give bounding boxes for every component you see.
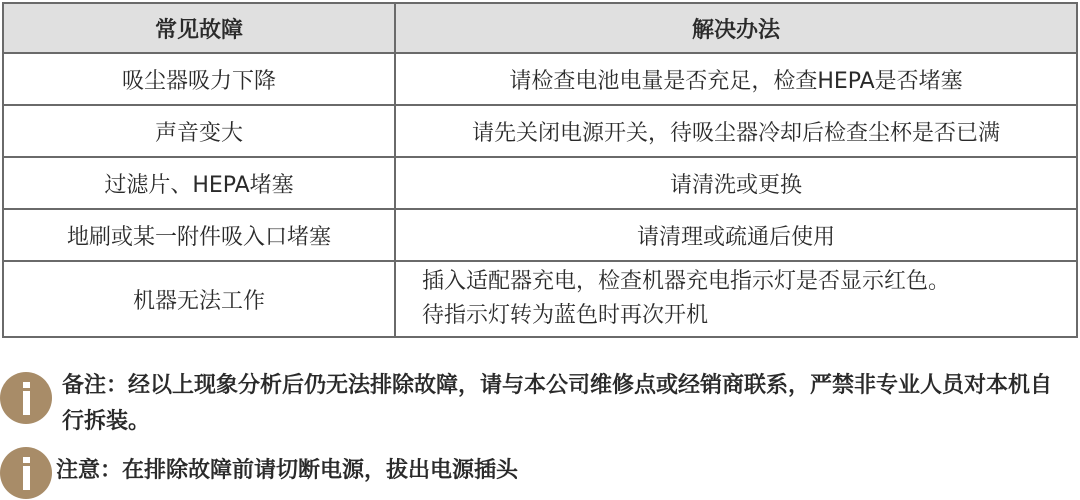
table-row: 过滤片、HEPA堵塞 请清洗或更换 [3, 157, 1077, 209]
table-row: 机器无法工作 插入适配器充电，检查机器充电指示灯是否显示红色。 待指示灯转为蓝色… [3, 261, 1077, 337]
solution-cell: 请清理或疏通后使用 [395, 209, 1077, 261]
solution-cell: 请先关闭电源开关，待吸尘器冷却后检查尘杯是否已满 [395, 105, 1077, 157]
remark-note: 备注：经以上现象分析后仍无法排除故障，请与本公司维修点或经销商联系，严禁非专业人… [0, 372, 1072, 440]
info-icon [0, 447, 52, 499]
caution-note: 注意：在排除故障前请切断电源，拔出电源插头 [0, 447, 1066, 499]
fault-cell: 地刷或某一附件吸入口堵塞 [3, 209, 395, 261]
header-fault: 常见故障 [3, 3, 395, 53]
fault-cell: 声音变大 [3, 105, 395, 157]
solution-line: 待指示灯转为蓝色时再次开机 [422, 299, 1076, 333]
solution-line: 插入适配器充电，检查机器充电指示灯是否显示红色。 [422, 265, 1076, 299]
solution-cell: 请检查电池电量是否充足，检查HEPA是否堵塞 [395, 53, 1077, 105]
header-solution: 解决办法 [395, 3, 1077, 53]
fault-cell: 机器无法工作 [3, 261, 395, 337]
table-row: 地刷或某一附件吸入口堵塞 请清理或疏通后使用 [3, 209, 1077, 261]
fault-cell: 过滤片、HEPA堵塞 [3, 157, 395, 209]
caution-text: 注意：在排除故障前请切断电源，拔出电源插头 [56, 453, 1066, 489]
solution-cell: 请清洗或更换 [395, 157, 1077, 209]
table-row: 吸尘器吸力下降 请检查电池电量是否充足，检查HEPA是否堵塞 [3, 53, 1077, 105]
table-row: 声音变大 请先关闭电源开关，待吸尘器冷却后检查尘杯是否已满 [3, 105, 1077, 157]
remark-text: 备注：经以上现象分析后仍无法排除故障，请与本公司维修点或经销商联系，严禁非专业人… [62, 368, 1072, 440]
troubleshooting-table: 常见故障 解决办法 吸尘器吸力下降 请检查电池电量是否充足，检查HEPA是否堵塞… [2, 2, 1078, 338]
table-header-row: 常见故障 解决办法 [3, 3, 1077, 53]
fault-cell: 吸尘器吸力下降 [3, 53, 395, 105]
info-icon [0, 372, 52, 424]
solution-cell: 插入适配器充电，检查机器充电指示灯是否显示红色。 待指示灯转为蓝色时再次开机 [395, 261, 1077, 337]
